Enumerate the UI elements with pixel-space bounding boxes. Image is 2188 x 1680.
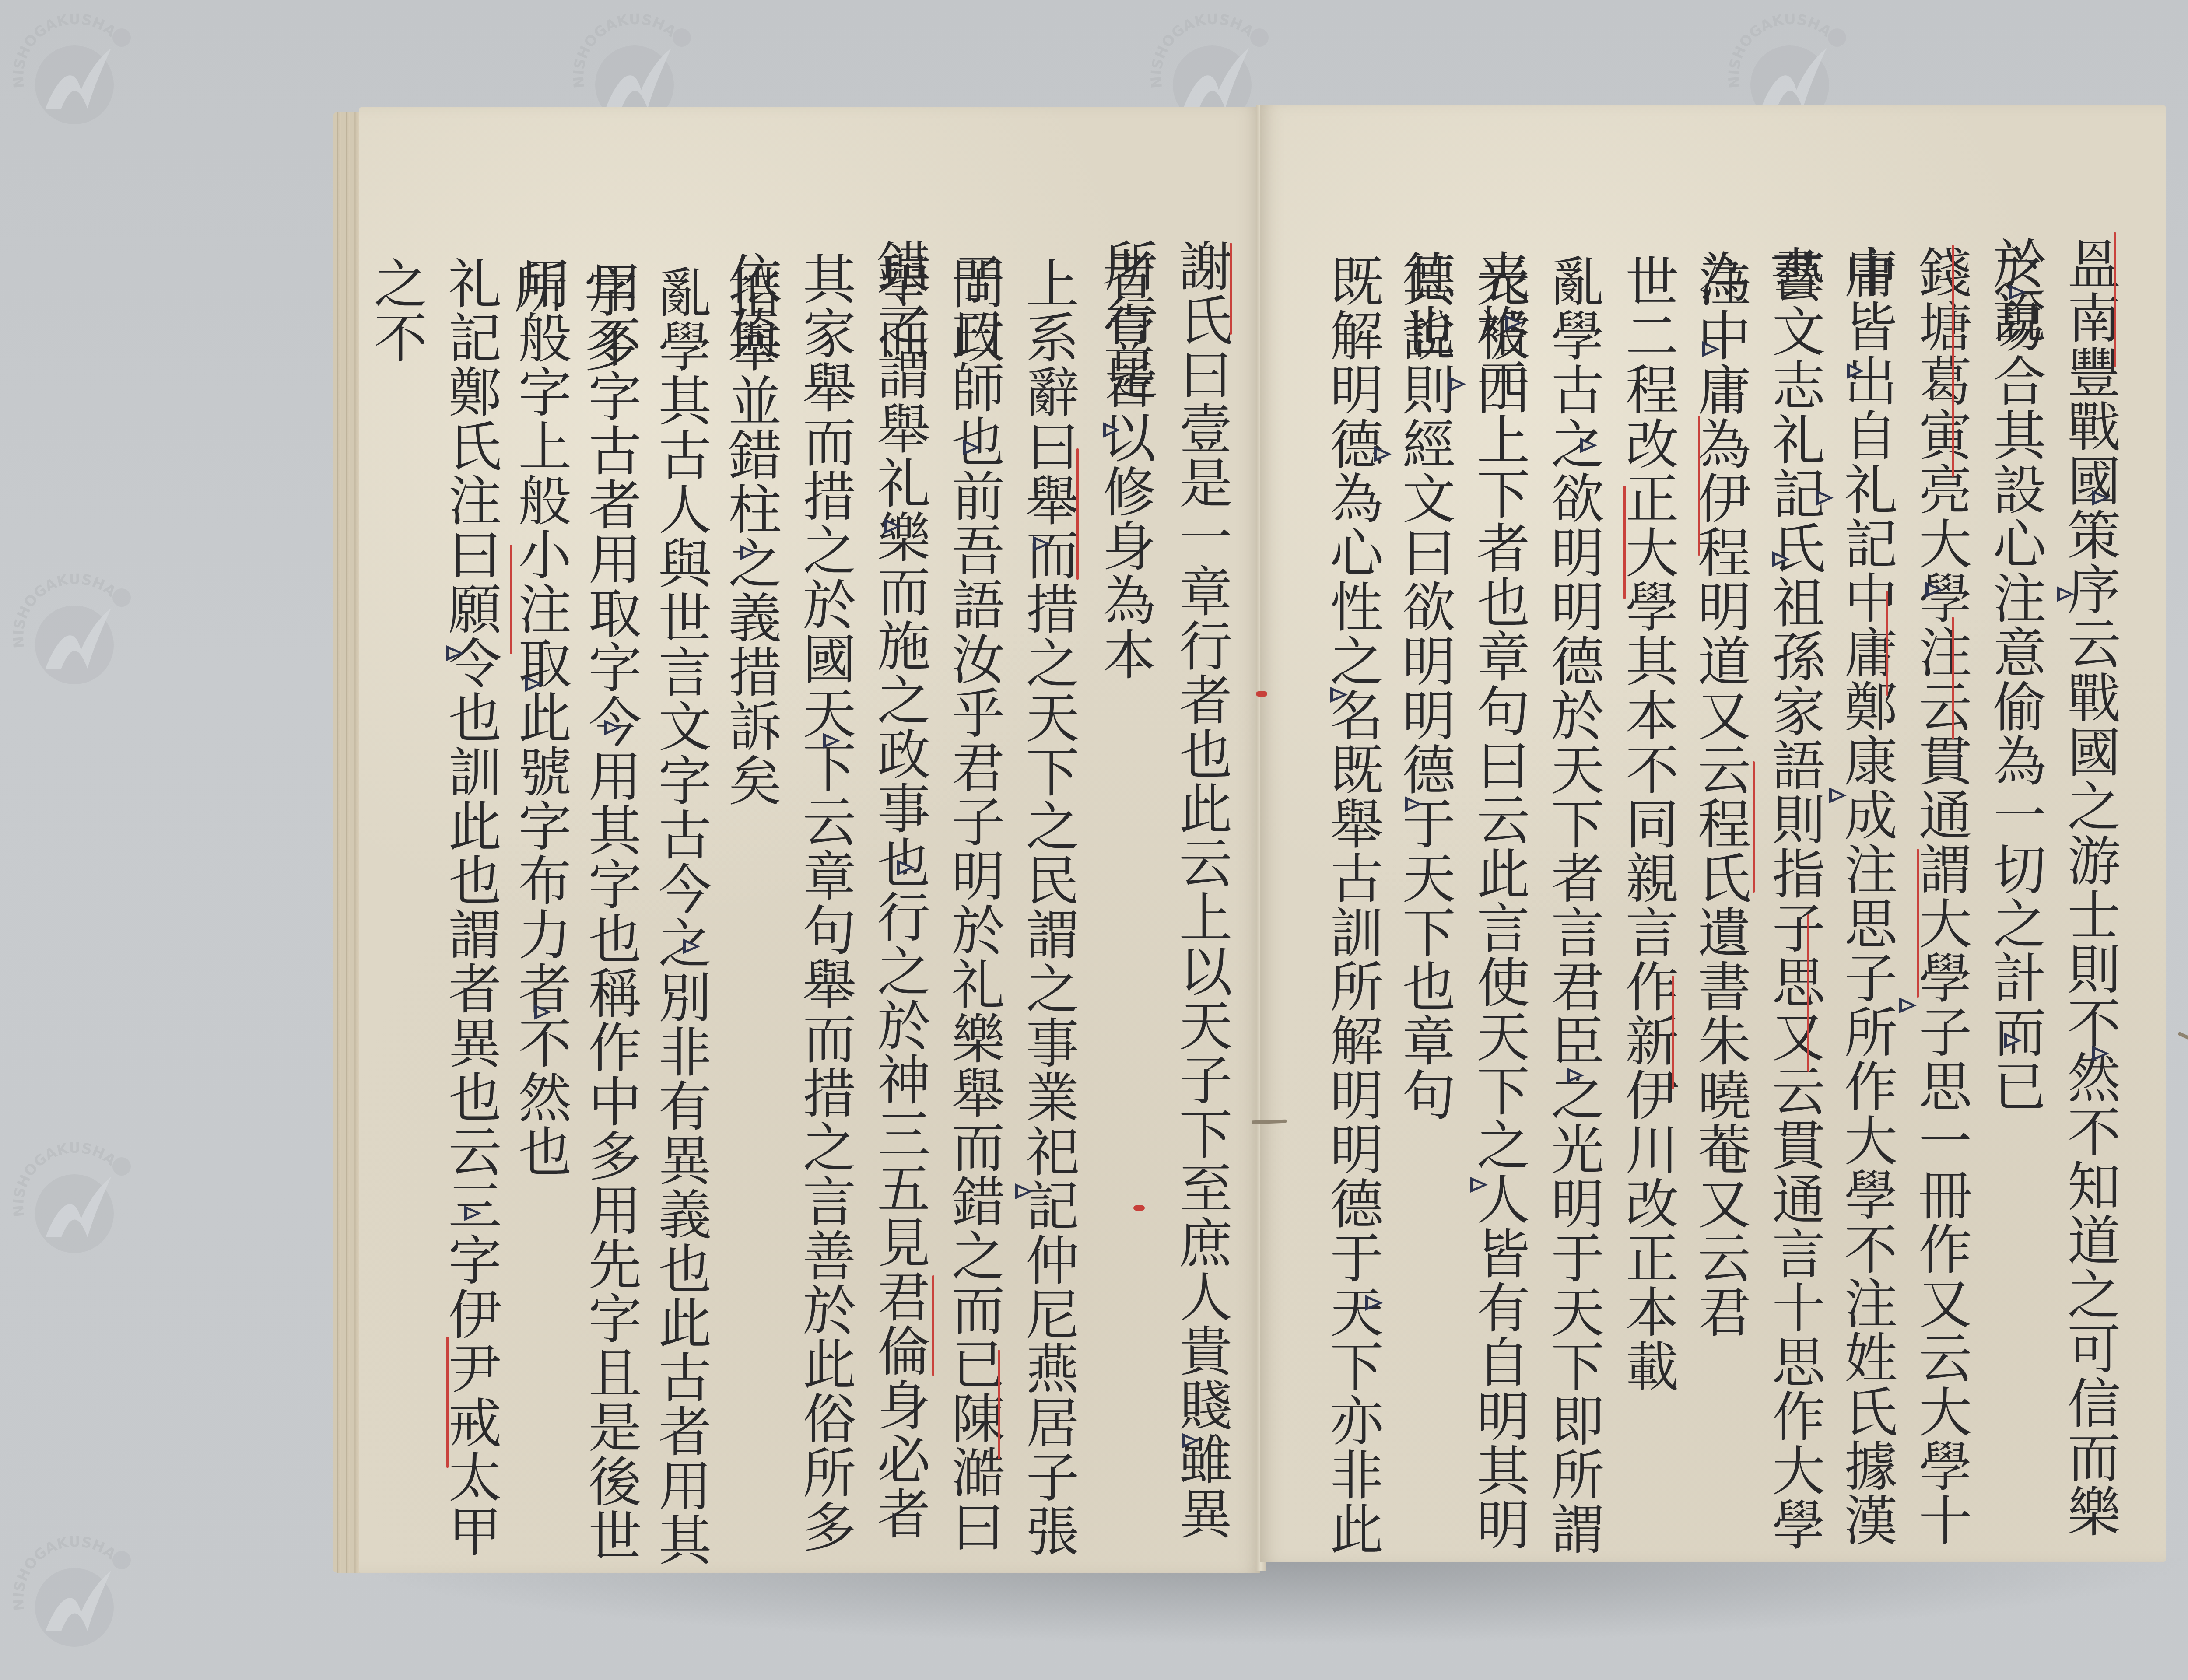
red-guide-line [932,1275,934,1376]
kunten-mark-icon [1816,490,1834,506]
red-guide-line [1807,914,1809,1072]
kunten-mark-icon [963,440,980,455]
text-column: 世二程改正大學其本不同親言作新伊川改正本載 [1610,254,1685,1393]
red-guide-line [1076,448,1079,580]
red-guide-line [1952,245,1954,477]
text-column: 表格于上下者也章句曰云此言使天下之人皆有自明其明德也 [1462,249,1536,1562]
kunten-mark-icon [464,1205,481,1221]
text-column: 其家舉而措之於國天下云章句舉而措之言善於此俗所多依倚 [788,252,862,1573]
kunten-mark-icon [740,545,757,560]
kunten-mark-icon [525,676,543,692]
kunten-mark-icon [1702,341,1720,357]
left-page: 謝氏曰壹是一章行者也此云上以天子下至庶人貴賤雖異所行是 者壹皆以修身為本 上系辭… [359,107,1260,1573]
kunten-mark-icon [2092,1046,2109,1061]
kunten-mark-icon [1015,1183,1033,1199]
kunten-mark-icon [1567,1067,1584,1083]
red-guide-line [1917,849,1919,997]
red-guide-line [446,1337,449,1468]
text-column: 者壹皆以修身為本 [1087,247,1162,681]
red-mark [1133,1205,1145,1211]
text-column: 𥁕南豐戰國策序云戰國之游士則不然不知道之可信而樂於說 [2052,236,2127,1562]
kunten-mark-icon [1405,796,1422,812]
kunten-mark-icon [446,645,464,661]
kunten-mark-icon [1580,437,1597,453]
red-guide-line [1230,243,1232,335]
red-guide-line [1672,976,1674,1089]
watermark-logo-icon: NISHOGAKUSHA [9,1137,140,1269]
text-column: 措舉並錯柱之義措訴矣 [713,265,788,807]
text-column: 亂學其古人與世言文字古今之別非有異義也此古者用其字多 [643,265,718,1573]
kunten-mark-icon [1103,422,1120,438]
text-column: 錢塘葛寅亮大學注云貫通謂大學子思一冊作又云大學十中 [1904,245,1978,1562]
red-guide-line [1753,761,1755,892]
kunten-mark-icon [1182,1433,1199,1449]
watermark-logo-icon: NISHOGAKUSHA [9,9,140,140]
kunten-mark-icon [884,518,901,534]
kunten-mark-icon [1470,1177,1488,1193]
binding-thread [2177,1032,2188,1046]
kunten-mark-icon [1925,582,1943,598]
text-column: 注中庸為伊程明道又云程氏遺書朱曉菴又云君 [1683,254,1757,1339]
red-guide-line [1952,617,1954,739]
kunten-mark-icon [2057,586,2074,602]
text-column: 礼記鄭氏注曰願令也訓此也謂者異也云三字伊尹戒太甲之不 [433,256,508,1573]
kunten-mark-icon [2092,490,2109,506]
kunten-mark-icon [1899,997,1917,1013]
kunten-mark-icon [1772,551,1790,567]
kunten-mark-icon [2009,284,2026,300]
kunten-mark-icon [1505,315,1523,331]
kunten-mark-icon [1829,787,1847,803]
kunten-mark-icon [604,720,621,735]
kunten-mark-icon [534,1004,551,1020]
text-column: 藝文志礼記氏祖孫家語則指子思又云貫通言十思作大學為 [1757,249,1831,1562]
text-column: 亂學古之欲明明德於天下者言君臣之光明于天下即所謂光被四 [1536,254,1610,1562]
text-column: 之易合其設心注意偷為一切之計而已 [1978,245,2052,1113]
red-mark [1256,691,1267,696]
red-guide-line [1886,591,1888,696]
kunten-mark-icon [2004,1032,2022,1048]
kunten-mark-icon [1847,363,1864,379]
red-guide-line [1623,486,1626,599]
red-guide-line [510,545,512,654]
kunten-mark-icon [1365,1295,1383,1311]
watermark-logo-icon: NISHOGAKUSHA [9,569,140,700]
kunten-mark-icon [1033,536,1050,552]
kunten-mark-icon [1330,687,1348,703]
text-column: 庸皆出自礼記中庸鄭康成注思子所作大學不注姓氏據漢書 [1829,245,1904,1562]
red-guide-line [1698,416,1700,556]
red-guide-line [998,1350,1000,1459]
right-page: 𥁕南豐戰國策序云戰國之游士則不然不知道之可信而樂於說 之易合其設心注意偷為一切之… [1260,105,2166,1562]
kunten-mark-icon [683,938,700,954]
text-column: 謝氏曰壹是一章行者也此云上以天子下至庶人貴賤雖異所行是 [1164,238,1238,1573]
kunten-mark-icon [823,733,840,749]
watermark-logo-icon: NISHOGAKUSHA [9,1531,140,1662]
text-column: 錯之謂舉礼樂而施之政事也行之於神三五見君倫身必者 [862,238,936,1540]
kunten-mark-icon [1448,376,1466,392]
kunten-mark-icon [1374,446,1392,462]
text-column: 上系辭曰舉而措之天下之民謂之事業祀記仲尼燕居子張問政 [1011,256,1085,1573]
text-column: 用般字上般小注取此號字布力者不然也 [503,256,578,1178]
text-column: 用不字古者用取字今用其字也稱作中多用先字且是後世所 [573,260,648,1573]
kunten-mark-icon [897,860,915,875]
red-guide-line [2114,232,2116,367]
